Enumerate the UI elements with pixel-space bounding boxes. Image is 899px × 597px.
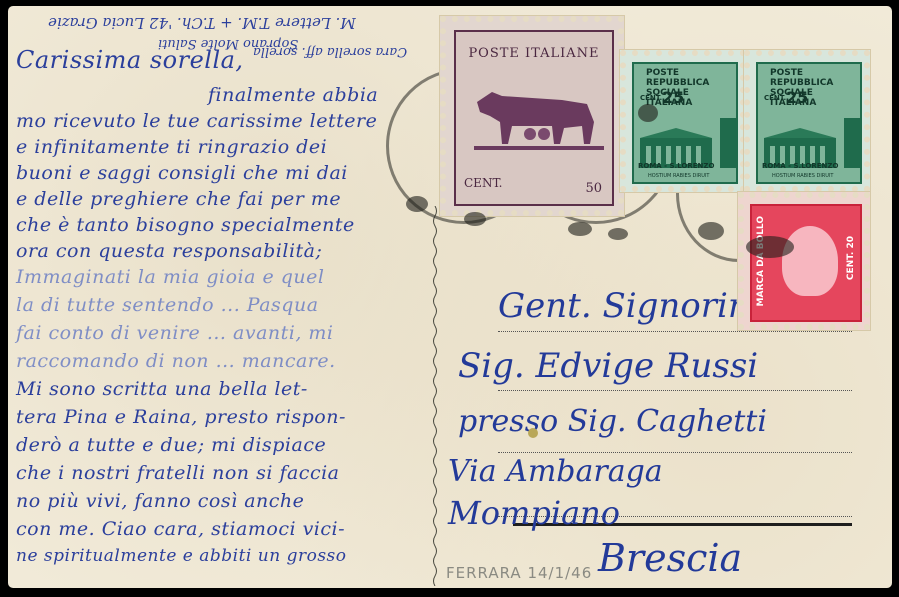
marca-da-bollo-stamp: MARCA DA BOLLO CENT. 20	[738, 192, 870, 330]
message-line: la di tutte sentendo ... Pasqua	[16, 294, 319, 316]
cancel-blot	[406, 196, 428, 212]
rsi-san-lorenzo-stamp-2: POSTE REPUBBLICASOCIALE ITALIANA CENT. 2…	[744, 50, 870, 192]
address-name: Sig. Edvige Russi	[458, 346, 758, 386]
wavy-divider	[432, 206, 438, 586]
message-line: che è tanto bisogno specialmente	[16, 214, 355, 236]
message-line: buoni e saggi consigli che mi dai	[16, 162, 348, 184]
address-locality: Mompiano	[448, 494, 620, 532]
upside-down-note-3: Cara sorella aff. sorella	[253, 44, 407, 59]
stamp-value: CENT. 20	[846, 236, 856, 280]
stamp-title: POSTE REPUBBLICASOCIALE ITALIANA	[770, 68, 860, 108]
message-line: con me. Ciao cara, stiamoci vici-	[16, 518, 345, 540]
message-line: ne spiritualmente e abbiti un grosso	[16, 546, 347, 566]
postcard: M. Lettere T.M. + T.Ch. '42 Lucia Grazie…	[8, 6, 892, 588]
message-line: no più vivi, fanno così anche	[16, 490, 304, 512]
message-line: e delle preghiere che fai per me	[16, 188, 341, 210]
stamp-title: POSTE ITALIANE	[456, 46, 612, 61]
stamp-place: ROMA - S.LORENZO	[762, 162, 838, 170]
rsi-san-lorenzo-stamp-1: POSTE REPUBBLICASOCIALE ITALIANA CENT. 2…	[620, 50, 746, 192]
basilica-icon	[764, 116, 868, 168]
message-line: tera Pina e Raina, presto rispon-	[16, 406, 346, 428]
message-line: che i nostri fratelli non si faccia	[16, 462, 340, 484]
stamp-motto: HOSTIUM RABIES DIRUIT	[772, 173, 833, 179]
stamp-value: 25	[662, 88, 684, 107]
address-care-of: presso Sig. Caghetti	[458, 404, 767, 439]
cancel-blot	[608, 228, 628, 240]
stamp-title: POSTE REPUBBLICASOCIALE ITALIANA	[646, 68, 736, 108]
cancel-blot	[698, 222, 724, 240]
message-line: Carissima sorella,	[16, 46, 244, 74]
address-salutation: Gent. Signorina	[498, 286, 770, 326]
message-line: finalmente abbia	[208, 84, 378, 106]
pencil-note: FERRARA 14/1/46	[446, 564, 592, 582]
message-line: e infinitamente ti ringrazio dei	[16, 136, 327, 158]
address-street: Via Ambaraga	[448, 454, 663, 489]
upside-down-note-1: M. Lettere T.M. + T.Ch. '42 Lucia Grazie	[48, 14, 356, 32]
cancel-blot	[568, 222, 592, 236]
stamp-side-text: MARCA DA BOLLO	[756, 216, 766, 306]
paper-spot	[528, 428, 538, 438]
cancel-blot	[638, 104, 658, 122]
address-city: Brescia	[598, 536, 742, 580]
message-line: derò a tutte e due; mi dispiace	[16, 434, 326, 456]
stamp-denomination-label: CENT.	[640, 94, 662, 102]
stamp-denomination-label: CENT.	[764, 94, 786, 102]
message-line: raccomando di non ... mancare.	[16, 350, 336, 372]
message-line: Mi sono scritta una bella let-	[16, 378, 308, 400]
message-line: Immaginati la mia gioia e quel	[16, 266, 324, 288]
wolf-icon	[472, 82, 607, 162]
address-line	[498, 452, 852, 453]
capitoline-wolf-stamp: POSTE ITALIANE CENT. 50	[440, 16, 624, 216]
stamp-motto: HOSTIUM RABIES DIRUIT	[648, 173, 709, 179]
cancel-blot	[746, 236, 794, 258]
message-line: ora con questa responsabilità;	[16, 240, 322, 262]
cancel-blot	[464, 212, 486, 226]
basilica-icon	[640, 116, 744, 168]
stamp-denomination-label: CENT.	[464, 176, 503, 190]
address-line	[498, 331, 852, 332]
stamp-place: ROMA - S.LORENZO	[638, 162, 714, 170]
message-line: fai conto di venire ... avanti, mi	[16, 322, 334, 344]
address-line	[498, 390, 852, 391]
stamp-value: 25	[786, 88, 808, 107]
stamp-value: 50	[585, 181, 602, 196]
message-line: mo ricevuto le tue carissime lettere	[16, 110, 377, 132]
portrait-icon	[782, 226, 838, 296]
